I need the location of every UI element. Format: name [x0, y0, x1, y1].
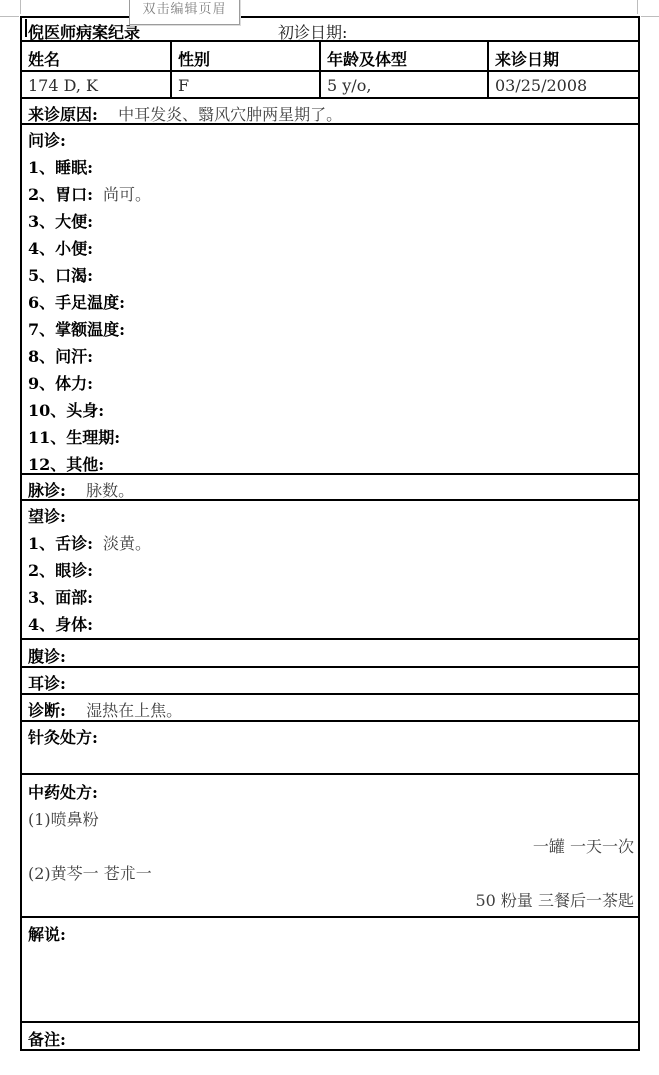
- herbal-label: 中药处方:: [28, 779, 634, 806]
- visit-reason-label: 来诊原因:: [28, 105, 98, 124]
- observation-item: 2、眼诊:: [28, 557, 632, 584]
- diagnosis-label: 诊断:: [28, 701, 66, 720]
- acupuncture-label: 针灸处方:: [28, 728, 98, 747]
- patient-header-row: 姓名 性别 年龄及体型 来诊日期: [22, 42, 638, 72]
- gender-header: 性别: [170, 42, 319, 70]
- acupuncture-prescription-row[interactable]: 针灸处方:: [22, 722, 638, 775]
- ear-diagnosis-row[interactable]: 耳诊:: [22, 668, 638, 695]
- age-bodytype-value[interactable]: 5 y/o,: [319, 72, 487, 97]
- inquiry-item: 9、体力:: [28, 370, 632, 397]
- inquiry-section[interactable]: 问诊: 1、睡眠: 2、胃口:尚可。 3、大便: 4、小便: 5、口渴: 6、手…: [22, 125, 638, 475]
- record-title: 倪医师病案纪录: [28, 20, 140, 42]
- document-page: 双击编辑页眉 倪医师病案纪录 初诊日期: 姓名 性别 年龄及体型 来诊日期 17…: [0, 0, 659, 1075]
- inquiry-item: 12、其他:: [28, 451, 632, 475]
- age-bodytype-header: 年龄及体型: [319, 42, 487, 70]
- visit-reason-row[interactable]: 来诊原因: 中耳发炎、翳风穴肿两星期了。: [22, 99, 638, 125]
- visit-date-header: 来诊日期: [487, 42, 638, 70]
- pulse-value: 脉数。: [86, 481, 134, 500]
- inquiry-item: 11、生理期:: [28, 424, 632, 451]
- observation-item: 3、面部:: [28, 584, 632, 611]
- inquiry-item: 6、手足温度:: [28, 289, 632, 316]
- explanation-row[interactable]: 解说:: [22, 918, 638, 1023]
- inquiry-header: 问诊:: [28, 127, 632, 154]
- inquiry-item: 10、头身:: [28, 397, 632, 424]
- abdomen-label: 腹诊:: [28, 647, 66, 666]
- edit-header-tooltip-text: 双击编辑页眉: [142, 0, 226, 17]
- inquiry-item: 3、大便:: [28, 208, 632, 235]
- pulse-label: 脉诊:: [28, 481, 66, 500]
- visit-date-value[interactable]: 03/25/2008: [487, 72, 638, 97]
- gender-value[interactable]: F: [170, 72, 319, 97]
- inquiry-item: 5、口渴:: [28, 262, 632, 289]
- herbal-item-1: (1)喷鼻粉: [28, 806, 634, 833]
- edit-header-tooltip: 双击编辑页眉: [129, 0, 240, 25]
- observation-item: 1、舌诊:淡黄。: [28, 530, 632, 557]
- crop-mark-top-right-horizontal: [641, 16, 659, 17]
- first-visit-date-label: 初诊日期:: [278, 20, 347, 42]
- inquiry-item: 2、胃口:尚可。: [28, 181, 632, 208]
- name-header: 姓名: [22, 42, 170, 70]
- herbal-dosage-2: 50 粉量 三餐后一茶匙: [28, 887, 634, 914]
- name-value[interactable]: 174 D, K: [22, 72, 170, 97]
- diagnosis-row[interactable]: 诊断: 湿热在上焦。: [22, 695, 638, 722]
- crop-mark-top-left-horizontal: [0, 16, 19, 17]
- crop-mark-top-left-vertical: [20, 0, 21, 14]
- inquiry-item: 4、小便:: [28, 235, 632, 262]
- pulse-diagnosis-row[interactable]: 脉诊: 脉数。: [22, 475, 638, 501]
- inquiry-item: 7、掌额温度:: [28, 316, 632, 343]
- herbal-dosage-1: 一罐 一天一次: [28, 833, 634, 860]
- herbal-item-2: (2)黄芩一 苍朮一: [28, 860, 634, 887]
- herbal-prescription-section[interactable]: 中药处方: (1)喷鼻粉 一罐 一天一次 (2)黄芩一 苍朮一 50 粉量 三餐…: [22, 775, 638, 918]
- title-row[interactable]: 倪医师病案纪录 初诊日期:: [22, 18, 638, 42]
- patient-value-row[interactable]: 174 D, K F 5 y/o, 03/25/2008: [22, 72, 638, 99]
- inquiry-item: 1、睡眠:: [28, 154, 632, 181]
- diagnosis-value: 湿热在上焦。: [86, 701, 182, 720]
- explanation-label: 解说:: [28, 925, 66, 944]
- observation-section[interactable]: 望诊: 1、舌诊:淡黄。 2、眼诊: 3、面部: 4、身体:: [22, 501, 638, 640]
- medical-record-table: 倪医师病案纪录 初诊日期: 姓名 性别 年龄及体型 来诊日期 174 D, K …: [20, 16, 640, 1051]
- remarks-row[interactable]: 备注:: [22, 1023, 638, 1049]
- crop-mark-top-right-vertical: [637, 0, 638, 14]
- remarks-label: 备注:: [28, 1030, 66, 1049]
- text-cursor: [25, 19, 27, 37]
- ear-label: 耳诊:: [28, 674, 66, 693]
- observation-item: 4、身体:: [28, 611, 632, 638]
- visit-reason-value: 中耳发炎、翳风穴肿两星期了。: [118, 105, 342, 124]
- observation-header: 望诊:: [28, 503, 632, 530]
- inquiry-item: 8、问汗:: [28, 343, 632, 370]
- abdomen-diagnosis-row[interactable]: 腹诊:: [22, 640, 638, 668]
